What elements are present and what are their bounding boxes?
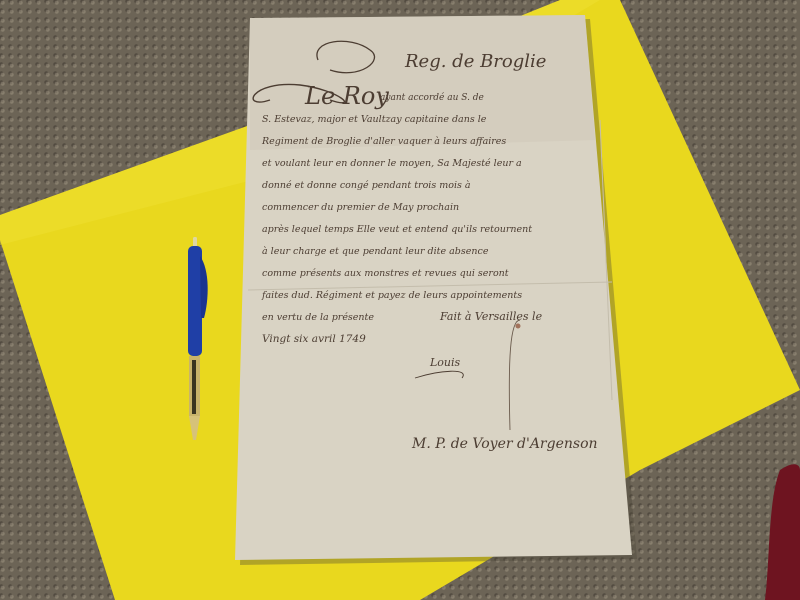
heading-text: Reg. de Broglie (404, 51, 546, 72)
line-7: après lequel temps Elle veut et entend q… (262, 224, 532, 235)
line-10: faites dud. Régiment et payez de leurs a… (261, 290, 522, 301)
opening-text: Le Roy (304, 82, 389, 110)
date-line: Vingt six avril 1749 (262, 333, 366, 345)
line-11: en vertu de la présente (262, 312, 374, 323)
closing-place: Fait à Versailles le (439, 310, 543, 323)
line-8: à leur charge et que pendant leur dite a… (262, 246, 489, 257)
line-5: donné et donne congé pendant trois mois … (262, 180, 471, 191)
line-1: ayant accordé au S. de (380, 92, 484, 103)
line-6: commencer du premier de May prochain (262, 202, 459, 213)
red-cloth (765, 464, 800, 600)
royal-signature: Louis (429, 356, 461, 369)
line-2: S. Estevaz, major et Vaultzay capitaine … (262, 114, 487, 125)
line-9: comme présents aux monstres et revues qu… (262, 268, 509, 279)
photo-scene: Reg. de Broglie Le Roy ayant accordé au … (0, 0, 800, 600)
line-3: Regiment de Broglie d'aller vaquer à leu… (261, 136, 506, 147)
line-4: et voulant leur en donner le moyen, Sa M… (262, 158, 522, 169)
countersignature: M. P. de Voyer d'Argenson (411, 436, 598, 452)
